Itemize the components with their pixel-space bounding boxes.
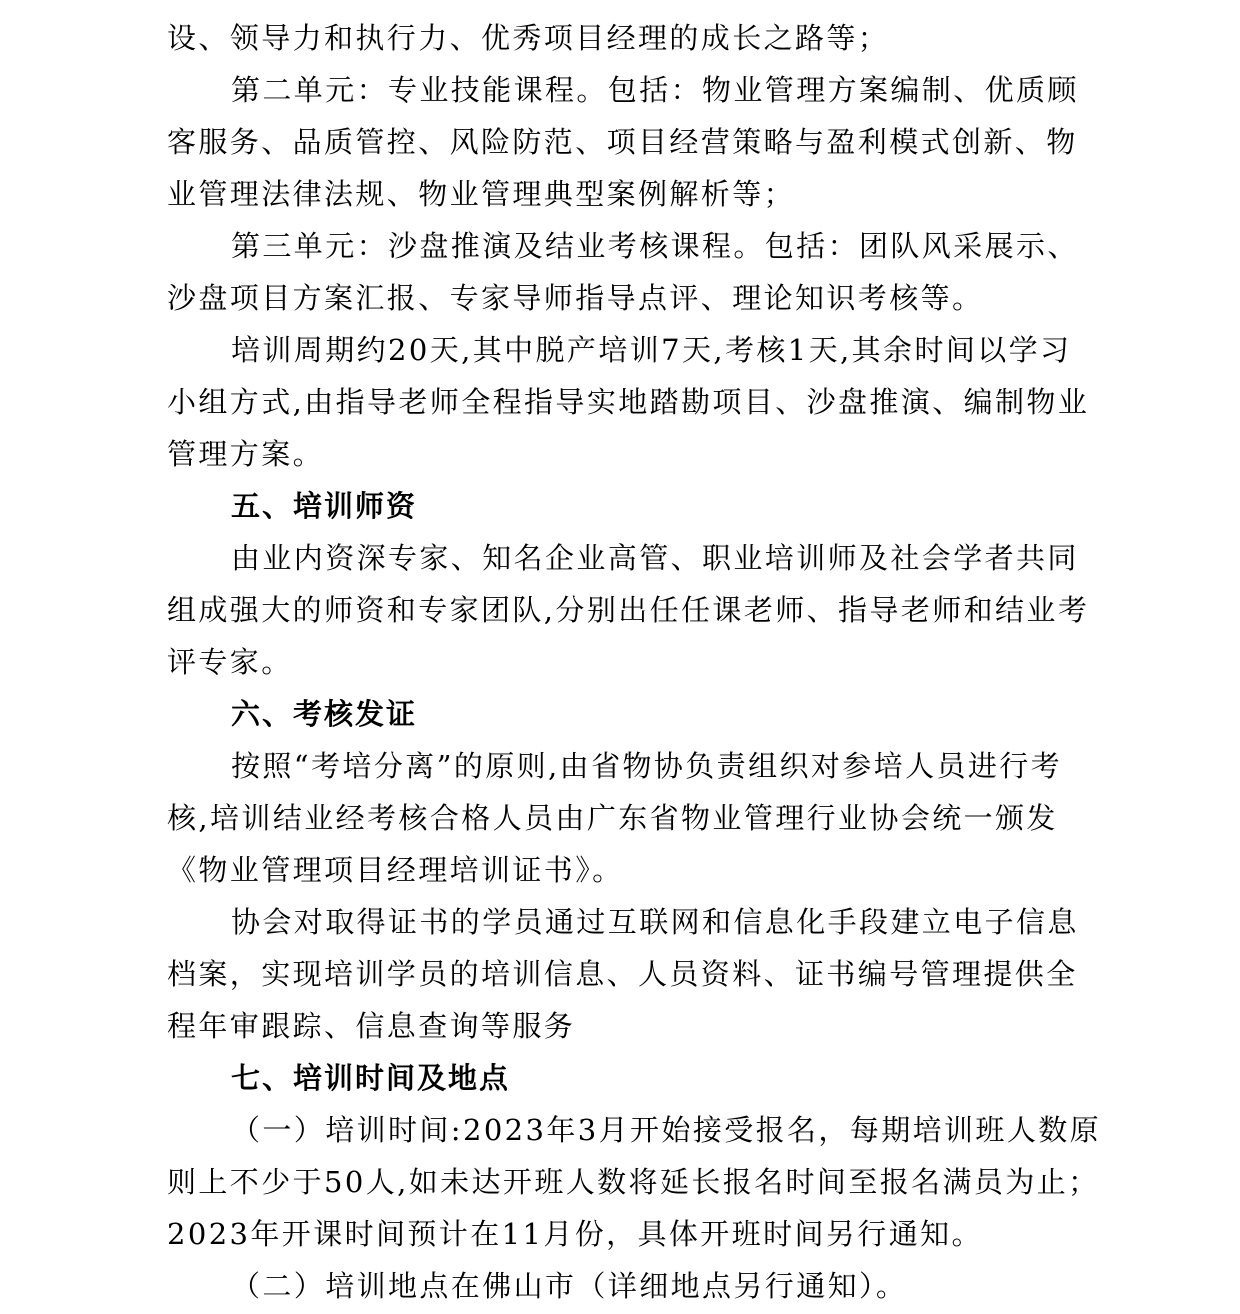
text-line-cert-cont1: 核,培训结业经考核合格人员由广东省物业管理行业协会统一颁发 [167,798,1058,838]
section-heading-certification: 六、考核发证 [231,694,417,734]
text-line-faculty-intro: 由业内资深专家、知名企业高管、职业培训师及社会学者共同 [231,538,1079,578]
text-line-unit2-cont1: 客服务、品质管控、风险防范、项目经营策略与盈利模式创新、物 [167,122,1078,162]
text-line-faculty-cont2: 评专家。 [167,642,293,682]
text-line-archive-cont1: 档案，实现培训学员的培训信息、人员资料、证书编号管理提供全 [167,954,1078,994]
text-line-cert-intro: 按照“考培分离”的原则,由省物协负责组织对参培人员进行考 [231,746,1062,786]
section-heading-time-location: 七、培训时间及地点 [231,1058,510,1098]
text-line-location: （二）培训地点在佛山市（详细地点另行通知）。 [231,1266,907,1306]
text-line-course-unit1-end: 设、领导力和执行力、优秀项目经理的成长之路等； [167,18,889,58]
text-line-unit3-cont: 沙盘项目方案汇报、专家导师指导点评、理论知识考核等。 [167,278,983,318]
text-line-time-intro: （一）培训时间:2023年3月开始接受报名，每期培训班人数原 [231,1110,1101,1150]
text-line-faculty-cont1: 组成强大的师资和专家团队,分别出任任课老师、指导老师和结业考 [167,590,1089,630]
text-line-cycle-cont1: 小组方式,由指导老师全程指导实地踏勘项目、沙盘推演、编制物业 [167,382,1089,422]
text-line-unit2-cont2: 业管理法律法规、物业管理典型案例解析等； [167,174,795,214]
text-line-unit2-intro: 第二单元：专业技能课程。包括：物业管理方案编制、优质顾 [231,70,1079,110]
text-line-archive-intro: 协会对取得证书的学员通过互联网和信息化手段建立电子信息 [231,902,1079,942]
text-line-time-cont1: 则上不少于50人,如未达开班人数将延长报名时间至报名满员为止； [167,1162,1100,1202]
text-line-unit3-intro: 第三单元：沙盘推演及结业考核课程。包括：团队风采展示、 [231,226,1079,266]
text-line-time-cont2: 2023年开课时间预计在11月份，具体开班时间另行通知。 [167,1214,983,1254]
text-line-cycle-intro: 培训周期约20天,其中脱产培训7天,考核1天,其余时间以学习 [231,330,1071,370]
text-line-cycle-cont2: 管理方案。 [167,434,324,474]
text-line-archive-cont2: 程年审跟踪、信息查询等服务 [167,1006,575,1046]
section-heading-faculty: 五、培训师资 [231,486,417,526]
text-line-cert-cont2: 《物业管理项目经理培训证书》。 [167,850,624,890]
